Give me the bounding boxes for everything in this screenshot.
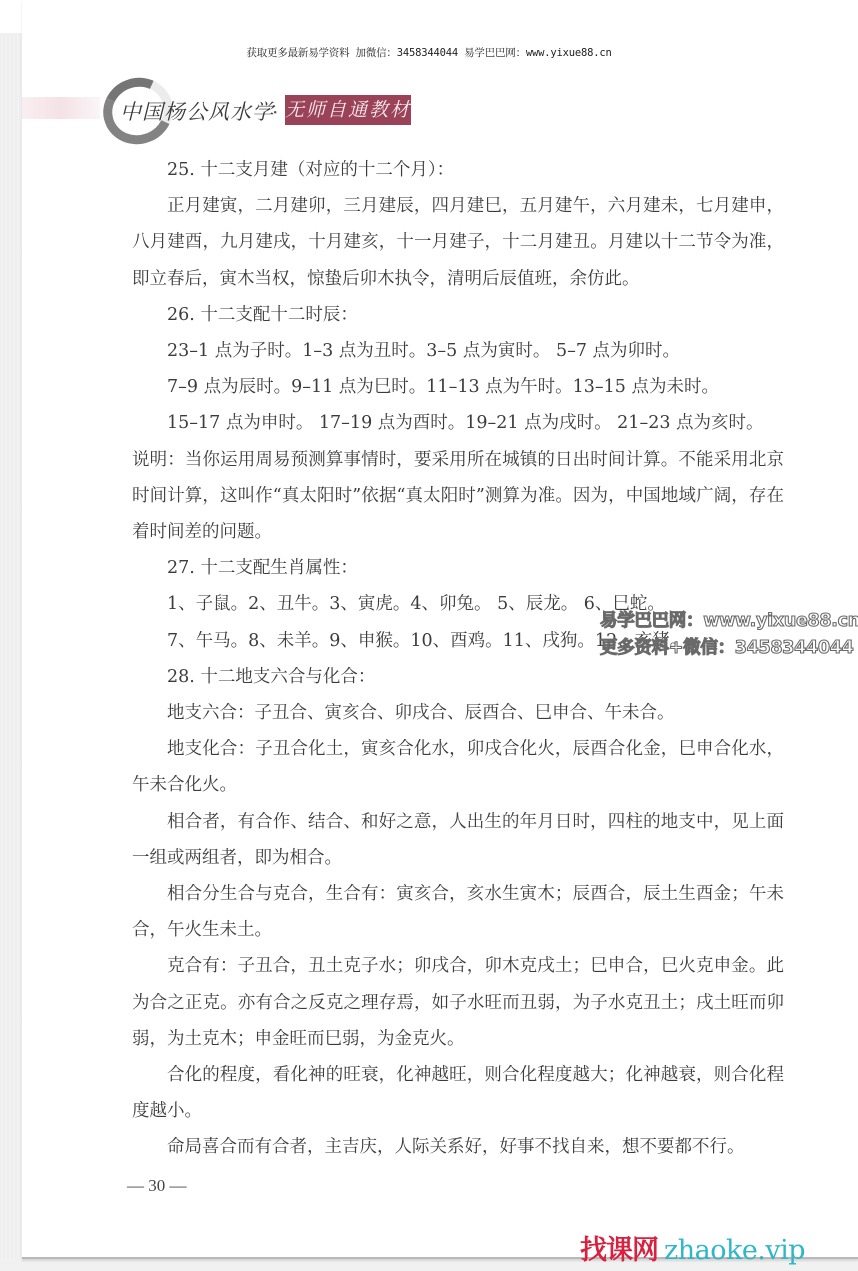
overlay-watermark: 易学巴巴网：www.yixue88.cn 更多资料+微信：3458344044 xyxy=(600,608,855,662)
hours-line-2: 7–9 点为辰时。9–11 点为巳时。11–13 点为午时。13–15 点为未时… xyxy=(132,369,784,405)
paragraph-controlling-combinations: 克合有：子丑合，丑土克子水；卯戌合，卯木克戌土；巳申合，巳火克申金。此为合之正克… xyxy=(132,948,784,1057)
page-number: — 30 — xyxy=(127,1176,187,1196)
hours-line-3: 15–17 点为申时。 17–19 点为酉时。19–21 点为戌时。 21–23… xyxy=(132,405,784,441)
paragraph-transformations: 地支化合：子丑合化土，寅亥合化水，卯戌合化火，辰酉合化金，巳申合化水，午未合化火… xyxy=(132,731,784,803)
paragraph-note: 说明：当你运用周易预测算事情时，要采用所在城镇的日出时间计算。不能采用北京时间计… xyxy=(132,442,784,551)
paragraph-generating-combinations: 相合分生合与克合，生合有：寅亥合，亥水生寅木；辰酉合，辰土生酉金；午未合，午火生… xyxy=(132,876,784,948)
section-heading-26: 26. 十二支配十二时辰： xyxy=(132,297,784,333)
section-heading-28: 28. 十二地支六合与化合： xyxy=(132,659,784,695)
series-title: 中国杨公风水学 xyxy=(120,96,274,126)
scan-left-edge xyxy=(0,33,23,1271)
bottom-watermark-cn: 找课网 xyxy=(580,1235,658,1266)
overlay-watermark-line-2: 更多资料+微信：3458344044 xyxy=(600,635,855,662)
overlay-watermark-line-1: 易学巴巴网：www.yixue88.cn xyxy=(600,608,855,635)
paragraph-degree: 合化的程度，看化神的旺衰，化神越旺，则合化程度越大；化神越衰，则合化程度越小。 xyxy=(132,1057,784,1129)
section-heading-25: 25. 十二支月建（对应的十二个月）： xyxy=(132,152,784,188)
series-separator: · xyxy=(272,100,278,124)
top-watermark-text: 获取更多最新易学资料 加微信：3458344044 易学巴巴网：www.yixu… xyxy=(0,45,858,60)
paragraph-favorable: 命局喜合而有合者，主吉庆，人际关系好，好事不找自来，想不要都不行。 xyxy=(132,1129,784,1165)
bottom-watermark-en: zhaoke.vip xyxy=(664,1235,805,1266)
series-label-badge: 无师自通教材 xyxy=(285,95,411,125)
section-heading-27: 27. 十二支配生肖属性： xyxy=(132,550,784,586)
paragraph-month-builds: 正月建寅，二月建卯，三月建辰，四月建巳，五月建午，六月建未，七月建申，八月建酉，… xyxy=(132,188,784,297)
paragraph-six-combinations: 地支六合：子丑合、寅亥合、卯戌合、辰酉合、巳申合、午未合。 xyxy=(132,695,784,731)
header-faded-band xyxy=(22,97,100,119)
hours-line-1: 23–1 点为子时。1–3 点为丑时。3–5 点为寅时。 5–7 点为卯时。 xyxy=(132,333,784,369)
bottom-watermark: 找课网zhaoke.vip xyxy=(580,1228,805,1267)
paragraph-combination-meaning: 相合者，有合作、结合、和好之意，人出生的年月日时，四柱的地支中，见上面一组或两组… xyxy=(132,804,784,876)
